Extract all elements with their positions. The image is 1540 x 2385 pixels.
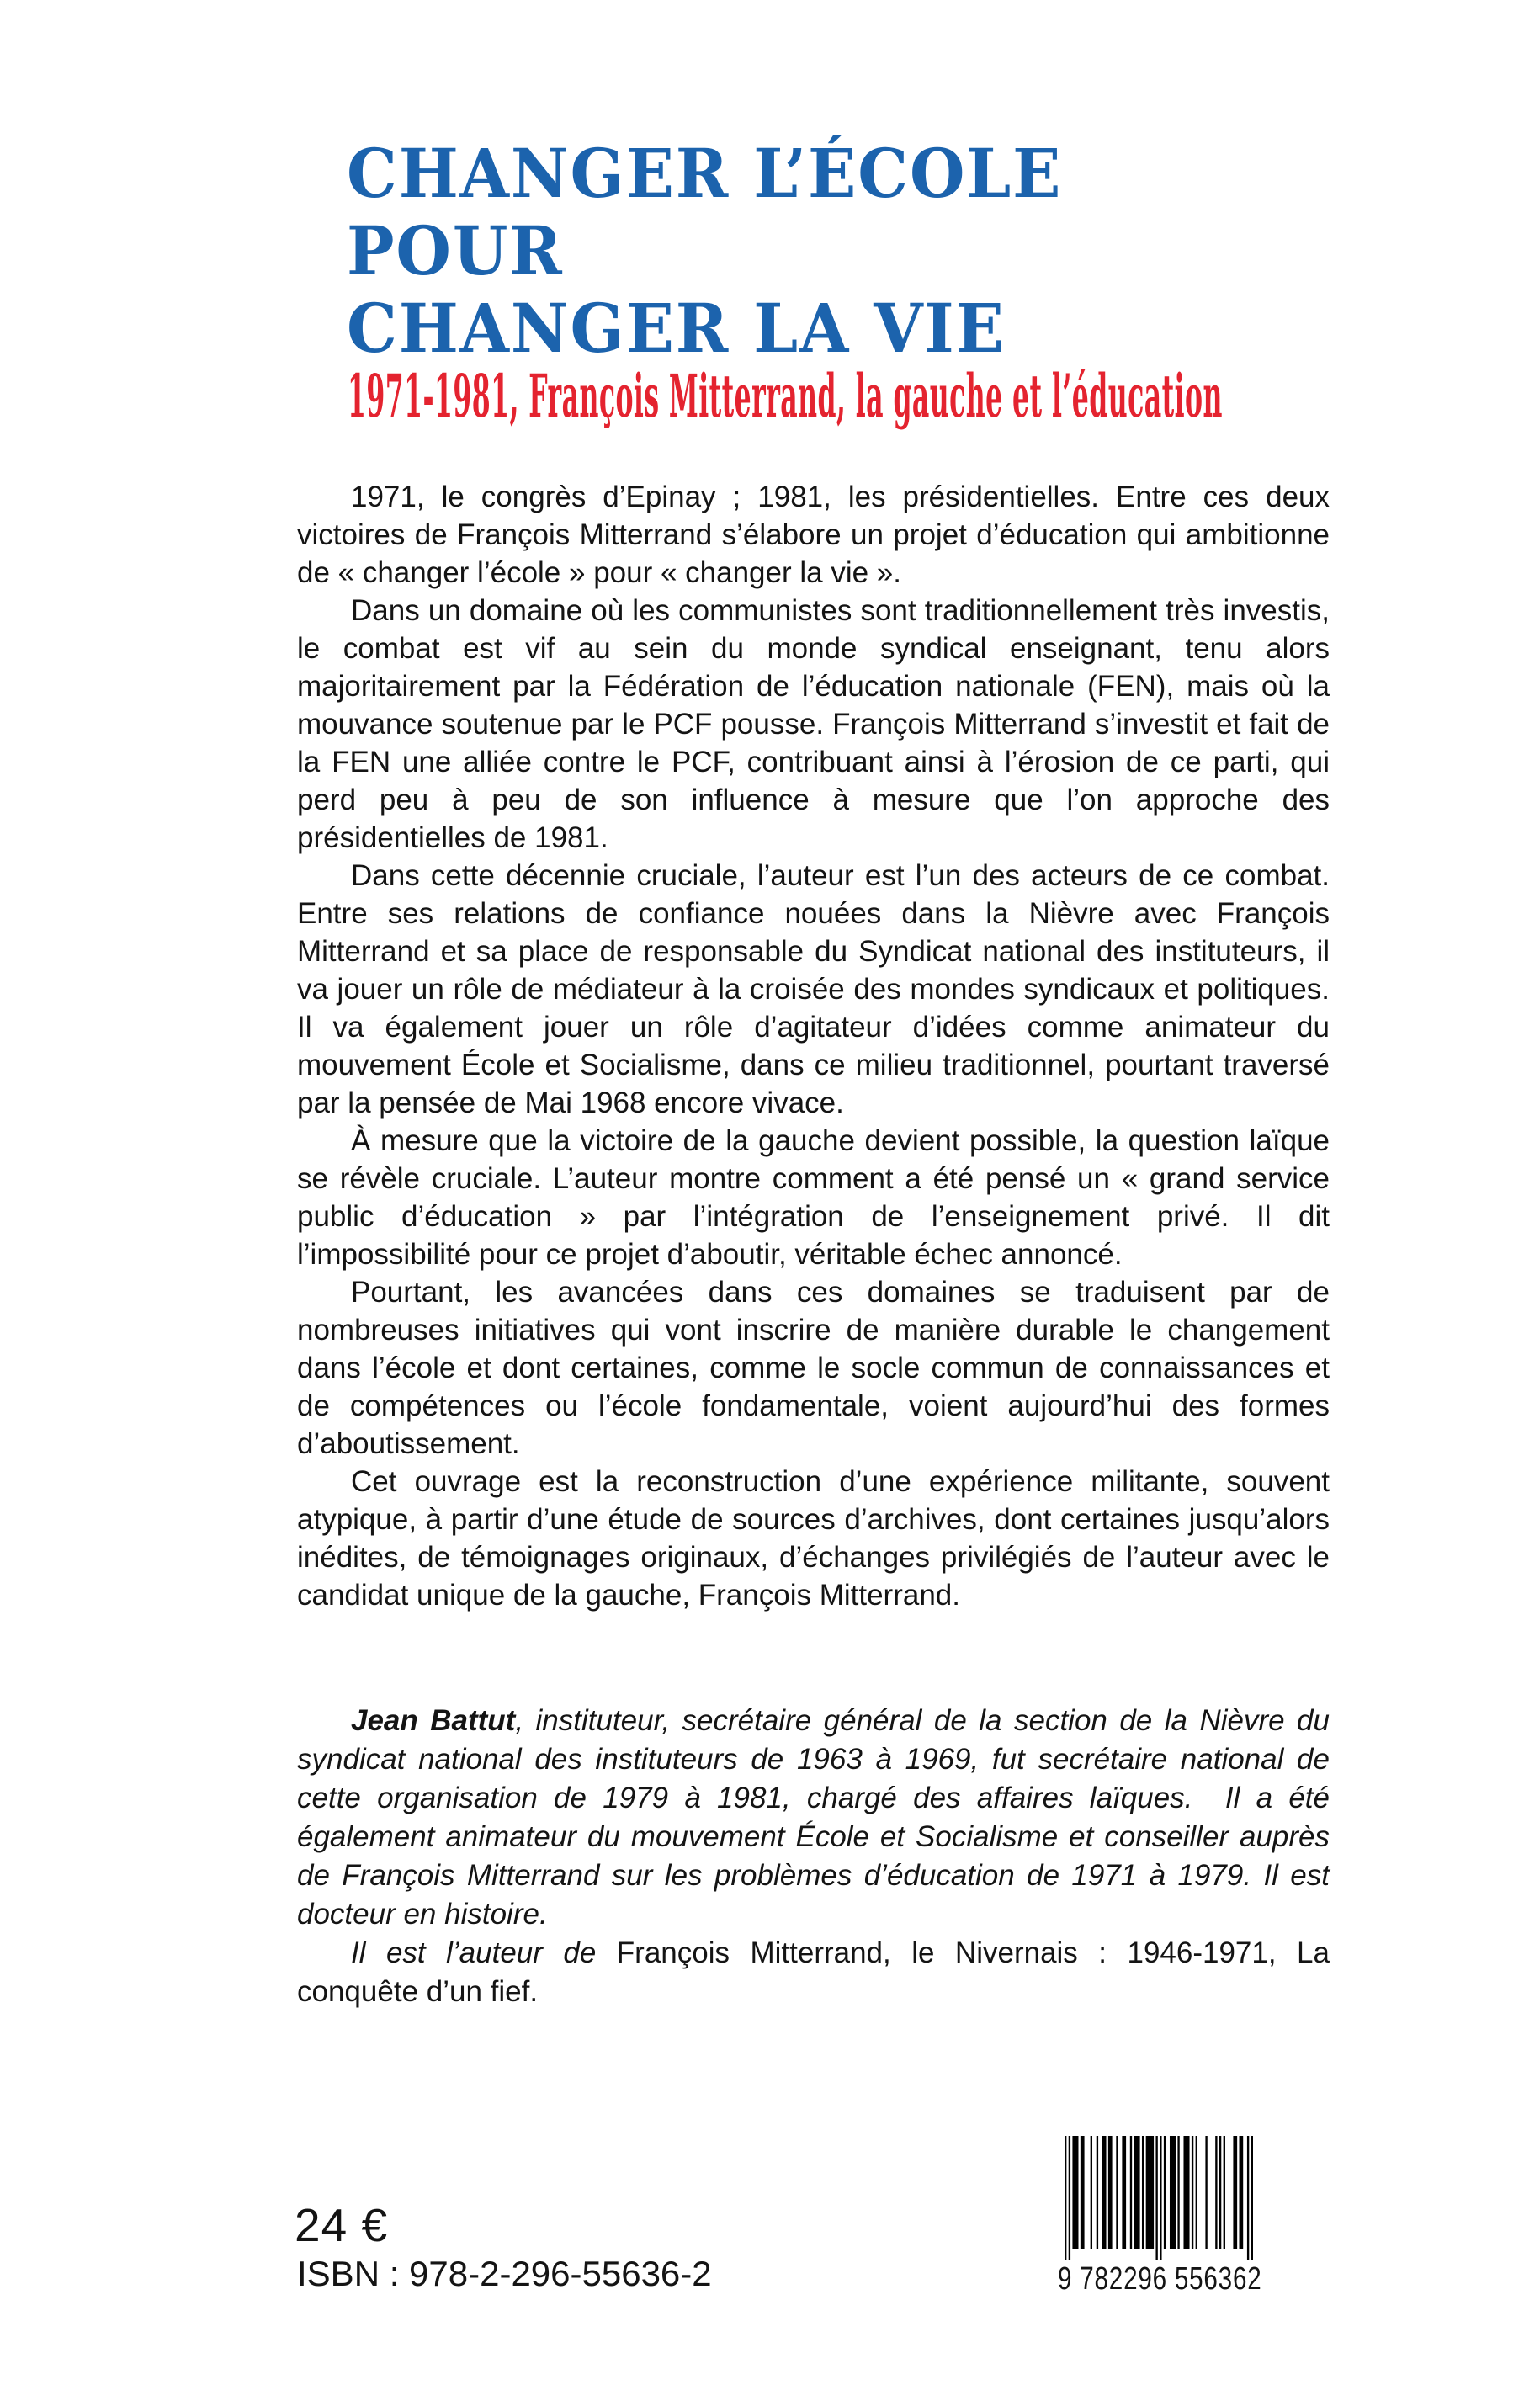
- title-line-3: CHANGER LA VIE: [347, 289, 1062, 367]
- author-bio: Jean Battut, instituteur, secrétaire gén…: [297, 1702, 1330, 2011]
- price-label: 24 €: [295, 2198, 388, 2252]
- subtitle: 1971-1981, François Mitterrand, la gauch…: [348, 367, 1540, 426]
- synopsis-paragraph-3: Dans cette décennie cruciale, l’auteur e…: [297, 857, 1330, 1122]
- subtitle-text: 1971-1981, François Mitterrand, la gauch…: [348, 367, 1223, 426]
- author-name: Jean Battut: [351, 1704, 515, 1737]
- isbn-label: ISBN : 978-2-296-55636-2: [297, 2254, 712, 2294]
- title-line-1: CHANGER L’ÉCOLE: [347, 135, 1062, 212]
- synopsis-paragraph-5: Pourtant, les avancées dans ces domaines…: [297, 1273, 1330, 1463]
- synopsis: 1971, le congrès d’Epinay ; 1981, les pr…: [297, 478, 1330, 1614]
- book-back-cover: CHANGER L’ÉCOLE POUR CHANGER LA VIE 1971…: [0, 0, 1540, 2385]
- bio-credit-prefix: Il est l’auteur de: [351, 1936, 617, 1969]
- bio-paragraph: Jean Battut, instituteur, secrétaire gén…: [297, 1702, 1330, 1934]
- synopsis-paragraph-4: À mesure que la victoire de la gauche de…: [297, 1122, 1330, 1273]
- synopsis-paragraph-2: Dans un domaine où les communistes sont …: [297, 592, 1330, 857]
- book-title: CHANGER L’ÉCOLE POUR CHANGER LA VIE: [347, 135, 1062, 367]
- barcode-svg: [1065, 2136, 1253, 2260]
- title-line-2: POUR: [347, 212, 1062, 289]
- synopsis-paragraph-1: 1971, le congrès d’Epinay ; 1981, les pr…: [297, 478, 1330, 592]
- synopsis-paragraph-6: Cet ouvrage est la reconstruction d’une …: [297, 1463, 1330, 1614]
- barcode-number: 9 782296 556362: [1058, 2261, 1212, 2297]
- bio-credit: Il est l’auteur de François Mitterrand, …: [297, 1934, 1330, 2011]
- barcode: 9 782296 556362: [1065, 2136, 1255, 2297]
- bio-text: , instituteur, secrétaire général de la …: [297, 1704, 1330, 1931]
